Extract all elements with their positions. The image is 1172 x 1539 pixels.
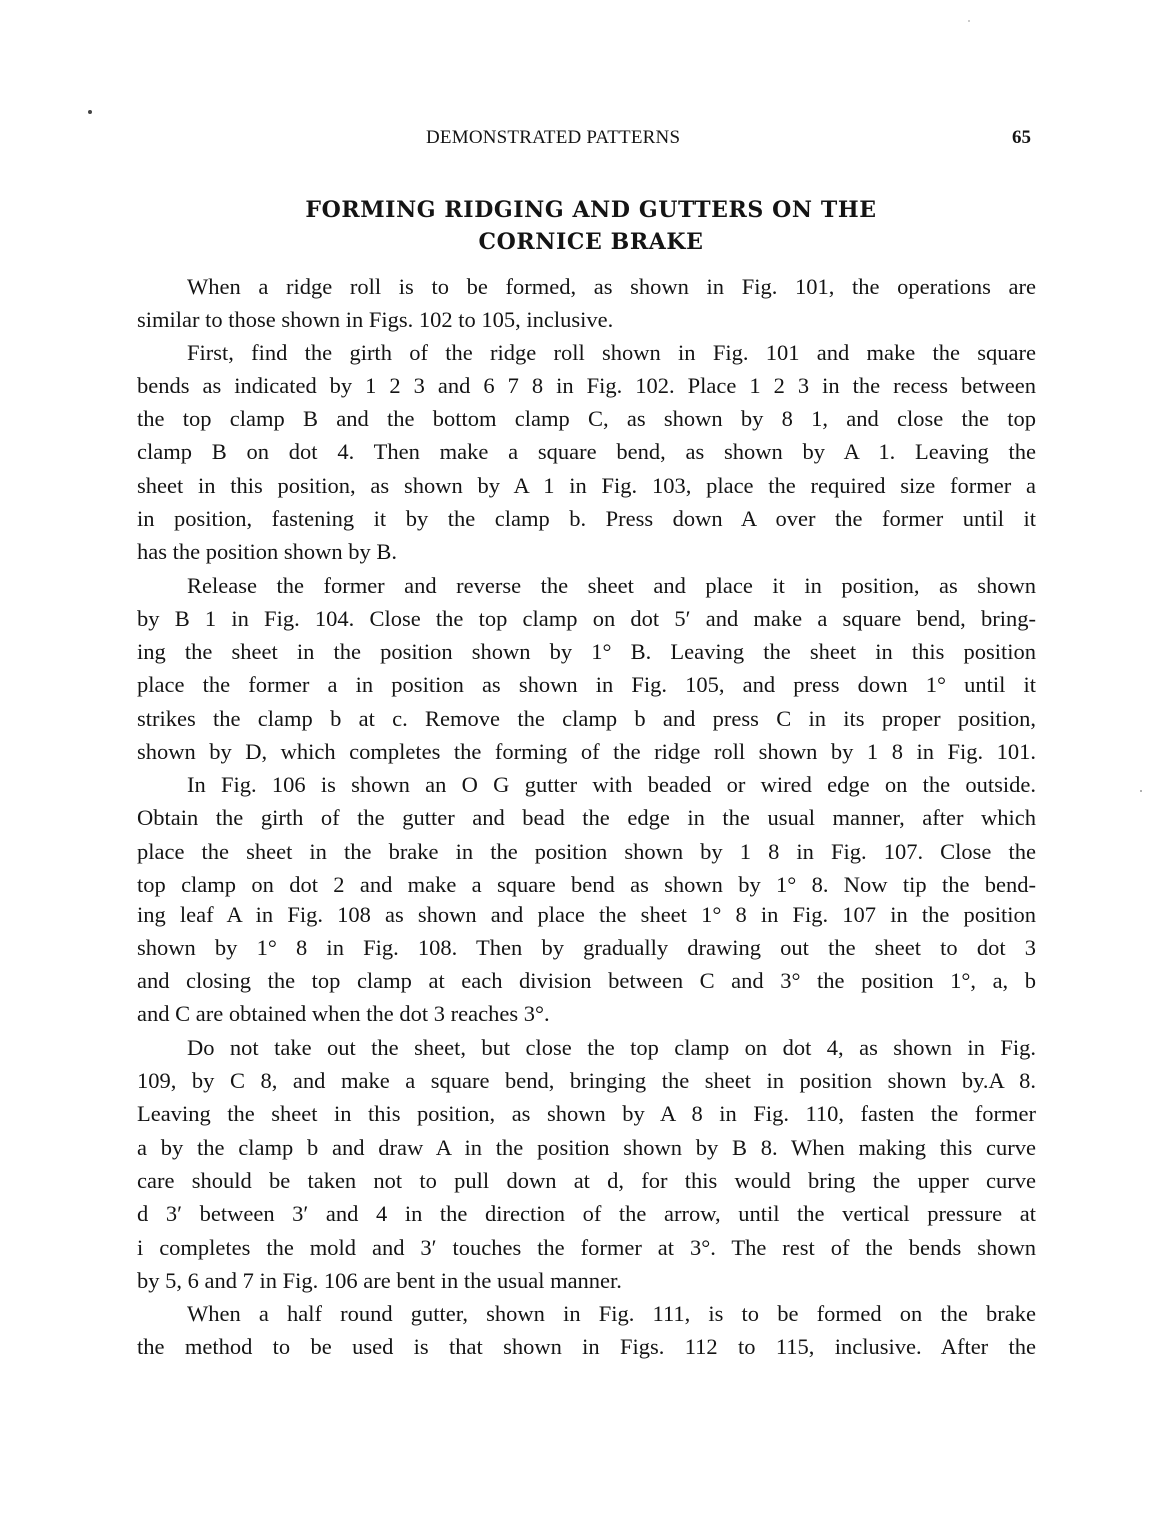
text-line: by 5, 6 and 7 in Fig. 106 are bent in th… (137, 1267, 1036, 1295)
text-line: strikes the clamp b at c. Remove the cla… (137, 705, 1036, 733)
text-line: and C are obtained when the dot 3 reache… (137, 1000, 1036, 1028)
text-line: bends as indicated by 1 2 3 and 6 7 8 in… (137, 372, 1036, 400)
text-line: by B 1 in Fig. 104. Close the top clamp … (137, 605, 1036, 633)
scan-speck (88, 110, 92, 114)
text-line: d 3′ between 3′ and 4 in the direction o… (137, 1200, 1036, 1228)
text-line: Obtain the girth of the gutter and bead … (137, 804, 1036, 832)
text-line: place the sheet in the brake in the posi… (137, 838, 1036, 866)
text-line: care should be taken not to pull down at… (137, 1167, 1036, 1195)
text-line: shown by D, which completes the forming … (137, 738, 1036, 766)
scan-speck (1140, 790, 1142, 792)
scan-speck (968, 20, 970, 22)
text-line: in position, fastening it by the clamp b… (137, 505, 1036, 533)
text-line: Do not take out the sheet, but close the… (187, 1034, 1036, 1062)
text-line: 109, by C 8, and make a square bend, bri… (137, 1067, 1036, 1095)
text-line: the top clamp B and the bottom clamp C, … (137, 405, 1036, 433)
text-line: First, find the girth of the ridge roll … (187, 339, 1036, 367)
running-head: DEMONSTRATED PATTERNS (426, 127, 680, 149)
section-title-line-1: FORMING RIDGING AND GUTTERS ON THE (0, 197, 1172, 223)
text-line: When a ridge roll is to be formed, as sh… (187, 273, 1036, 301)
page-number: 65 (1012, 127, 1031, 149)
book-page: DEMONSTRATED PATTERNS 65 FORMING RIDGING… (0, 0, 1172, 1539)
text-line: similar to those shown in Figs. 102 to 1… (137, 306, 1036, 334)
text-line: the method to be used is that shown in F… (137, 1333, 1036, 1361)
text-line: i completes the mold and 3′ touches the … (137, 1234, 1036, 1262)
text-line: ing the sheet in the position shown by 1… (137, 638, 1036, 666)
section-title-line-2: CORNICE BRAKE (0, 229, 1172, 255)
text-line: place the former a in position as shown … (137, 671, 1036, 699)
text-line: and closing the top clamp at each divisi… (137, 967, 1036, 995)
text-line: In Fig. 106 is shown an O G gutter with … (187, 771, 1036, 799)
text-line: clamp B on dot 4. Then make a square ben… (137, 438, 1036, 466)
text-line: top clamp on dot 2 and make a square ben… (137, 871, 1036, 899)
text-line: When a half round gutter, shown in Fig. … (187, 1300, 1036, 1328)
text-line: sheet in this position, as shown by A 1 … (137, 472, 1036, 500)
text-line: Leaving the sheet in this position, as s… (137, 1100, 1036, 1128)
text-line: a by the clamp b and draw A in the posit… (137, 1134, 1036, 1162)
text-line: Release the former and reverse the sheet… (187, 572, 1036, 600)
text-line: shown by 1° 8 in Fig. 108. Then by gradu… (137, 934, 1036, 962)
text-line: has the position shown by B. (137, 538, 1036, 566)
text-line: ing leaf A in Fig. 108 as shown and plac… (137, 901, 1036, 929)
